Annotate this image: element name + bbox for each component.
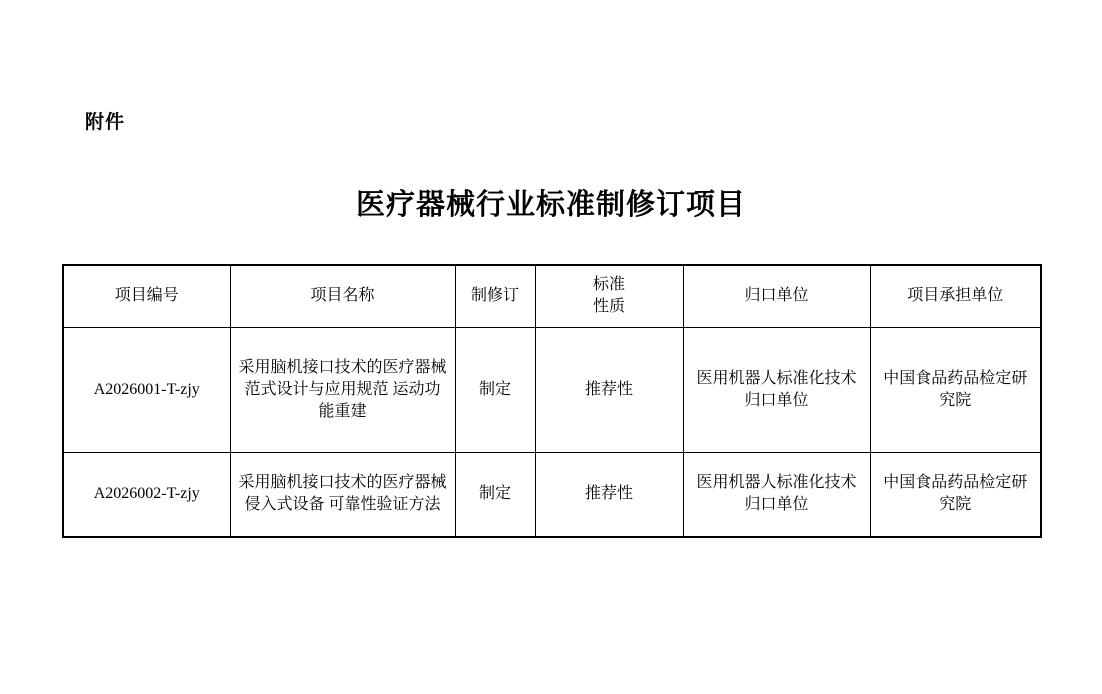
cell-standard-nature: 推荐性 xyxy=(535,452,683,537)
cell-centralized-unit: 医用机器人标准化技术 归口单位 xyxy=(683,452,870,537)
col-header-centralized-unit: 归口单位 xyxy=(683,265,870,327)
col-header-standard-nature: 标准 性质 xyxy=(535,265,683,327)
cell-project-name: 采用脑机接口技术的医疗器械 侵入式设备 可靠性验证方法 xyxy=(230,452,455,537)
page-title: 医疗器械行业标准制修订项目 xyxy=(0,188,1102,222)
col-header-project-name: 项目名称 xyxy=(230,265,455,327)
col-header-undertaking-unit: 项目承担单位 xyxy=(870,265,1041,327)
cell-centralized-unit: 医用机器人标准化技术 归口单位 xyxy=(683,327,870,452)
cell-project-name: 采用脑机接口技术的医疗器械 范式设计与应用规范 运动功 能重建 xyxy=(230,327,455,452)
table-header-row: 项目编号 项目名称 制修订 标准 性质 归口单位 项目承担单位 xyxy=(63,265,1041,327)
table-row: A2026001-T-zjy 采用脑机接口技术的医疗器械 范式设计与应用规范 运… xyxy=(63,327,1041,452)
col-header-project-number: 项目编号 xyxy=(63,265,230,327)
cell-project-number: A2026001-T-zjy xyxy=(63,327,230,452)
attachment-label: 附件 xyxy=(85,110,125,136)
cell-revision-type: 制定 xyxy=(455,327,535,452)
cell-project-number: A2026002-T-zjy xyxy=(63,452,230,537)
cell-standard-nature: 推荐性 xyxy=(535,327,683,452)
col-header-revision-type: 制修订 xyxy=(455,265,535,327)
cell-revision-type: 制定 xyxy=(455,452,535,537)
cell-undertaking-unit: 中国食品药品检定研 究院 xyxy=(870,327,1041,452)
standards-table: 项目编号 项目名称 制修订 标准 性质 归口单位 项目承担单位 A2026001… xyxy=(62,264,1042,538)
table-row: A2026002-T-zjy 采用脑机接口技术的医疗器械 侵入式设备 可靠性验证… xyxy=(63,452,1041,537)
cell-undertaking-unit: 中国食品药品检定研 究院 xyxy=(870,452,1041,537)
